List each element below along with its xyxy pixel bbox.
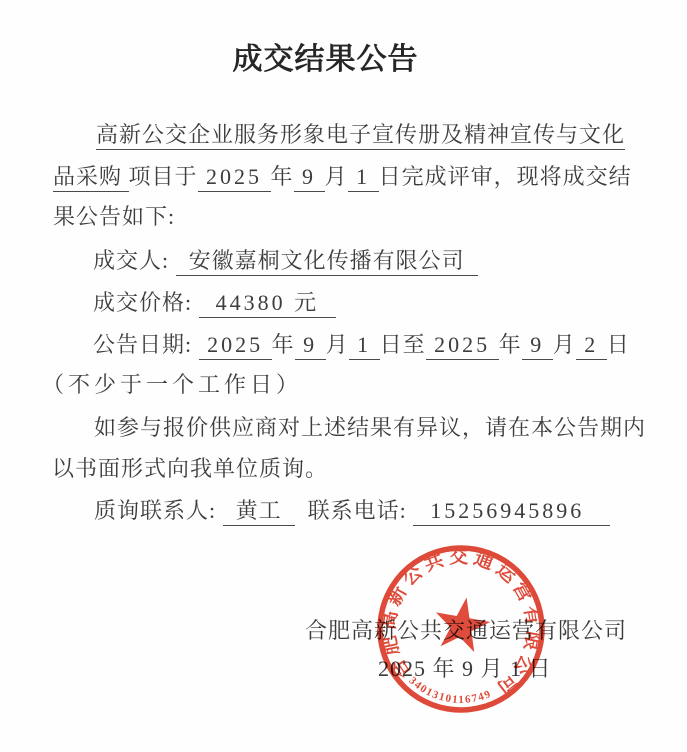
intro-text-tail: 日完成评审，现将成交结 (379, 164, 632, 189)
end-month-label: 月 (553, 332, 576, 357)
workday-note-line: （不少于一个工作日） (42, 370, 302, 400)
intro-line-2: 品采购 项目于 2025 年 9 月 1 日完成评审，现将成交结 (53, 162, 632, 192)
contact-person-label: 质询联系人: (94, 498, 223, 523)
announce-date-line: 公告日期: 2025 年 9 月 1 日至 2025 年 9 月 2 日 (93, 330, 630, 360)
intro-line-3: 果公告如下: (53, 202, 175, 232)
start-day: 1 (349, 332, 380, 360)
intro-line-1: 高新公交企业服务形象电子宣传册及精神宣传与文化 (96, 120, 625, 150)
price-line: 成交价格: 44380 元 (93, 288, 336, 318)
start-month: 9 (295, 332, 326, 360)
workday-note: （不少于一个工作日） (42, 372, 302, 397)
objection-line-1: 如参与报价供应商对上述结果有异议，请在本公告期内 (94, 413, 646, 443)
project-name-part1: 高新公交企业服务形象电子宣传册及精神宣传与文化 (96, 122, 625, 150)
winner-label: 成交人: (93, 248, 176, 273)
start-year: 2025 (199, 332, 272, 360)
contact-phone-label: 联系电话: (295, 498, 414, 523)
price-label: 成交价格: (93, 290, 199, 315)
review-month: 9 (294, 164, 325, 192)
end-year: 2025 (426, 332, 499, 360)
start-year-label: 年 (272, 332, 295, 357)
page-title: 成交结果公告 (0, 34, 651, 78)
contact-person-value: 黄工 (223, 498, 295, 526)
contact-phone-value: 15256945896 (413, 498, 610, 526)
signature-date: 2025 年 9 月 1 日 (378, 652, 552, 683)
end-year-label: 年 (499, 332, 522, 357)
signature-company: 合肥高新公共交通运营有限公司 (305, 614, 627, 645)
start-month-label: 月 (326, 332, 349, 357)
winner-value: 安徽嘉桐文化传播有限公司 (176, 248, 478, 276)
announcement-document: 成交结果公告 高新公交企业服务形象电子宣传册及精神宣传与文化 品采购 项目于 2… (0, 0, 687, 752)
winner-line: 成交人: 安徽嘉桐文化传播有限公司 (93, 246, 478, 276)
project-name-part2: 品采购 (53, 164, 129, 192)
intro-text-end: 果公告如下: (53, 204, 175, 229)
end-day-label: 日 (607, 332, 630, 357)
objection-line-2: 以书面形式向我单位质询。 (52, 454, 328, 484)
intro-text: 项目于 (129, 164, 198, 189)
end-month: 9 (522, 332, 553, 360)
review-year: 2025 (198, 164, 271, 192)
announce-date-label: 公告日期: (93, 332, 199, 357)
date-to-label: 日至 (380, 332, 426, 357)
review-day: 1 (348, 164, 379, 192)
price-value: 44380 元 (199, 290, 337, 318)
end-day: 2 (576, 332, 607, 360)
contact-line: 质询联系人: 黄工 联系电话: 15256945896 (94, 496, 610, 526)
year-label: 年 (271, 164, 294, 189)
objection-text-2: 以书面形式向我单位质询。 (52, 456, 328, 481)
objection-text-1: 如参与报价供应商对上述结果有异议，请在本公告期内 (94, 415, 646, 440)
month-label: 月 (325, 164, 348, 189)
